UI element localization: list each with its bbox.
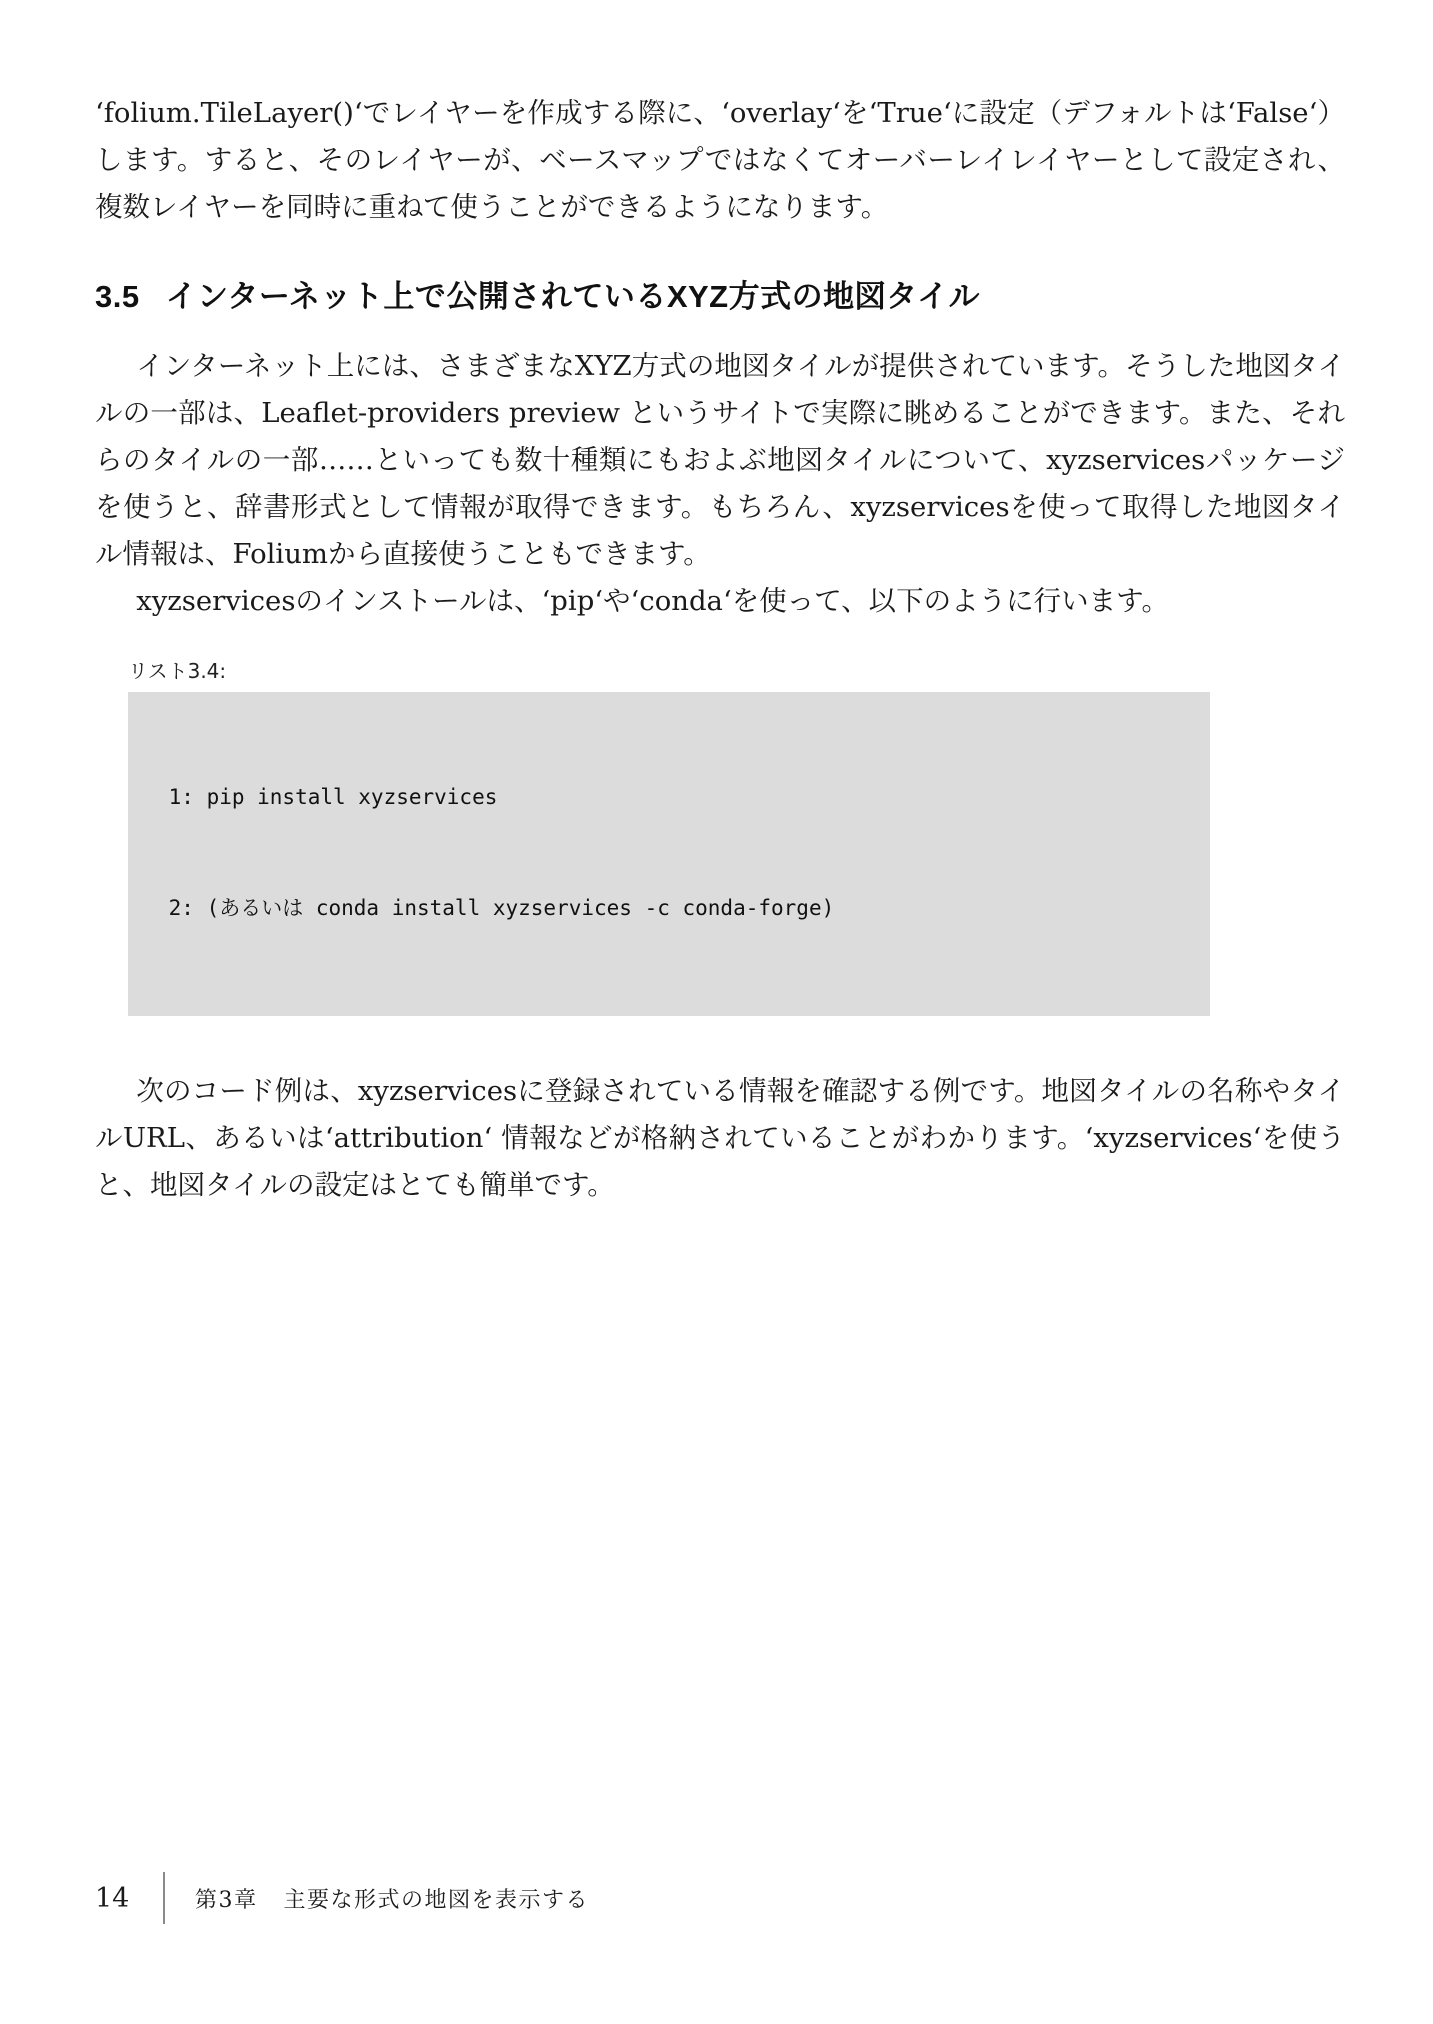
section-heading: 3.5インターネット上で公開されているXYZ方式の地図タイル [95, 277, 1345, 317]
code-listing: 1: pip install xyzservices 2: (あるいは cond… [128, 692, 1210, 1016]
footer-divider [163, 1872, 165, 1924]
paragraph-overlay-explanation: ‘folium.TileLayer()‘でレイヤーを作成する際に、‘overla… [95, 90, 1345, 231]
section-number: 3.5 [95, 279, 140, 314]
section-title: インターネット上で公開されているXYZ方式の地図タイル [166, 279, 980, 314]
paragraph-xyz-tiles: インターネット上には、さまざまなXYZ方式の地図タイルが提供されています。そうし… [95, 343, 1345, 578]
paragraph-code-example-intro: 次のコード例は、xyzservicesに登録されている情報を確認する例です。地図… [95, 1068, 1345, 1209]
chapter-label: 第3章 [195, 1888, 258, 1913]
page-content: ‘folium.TileLayer()‘でレイヤーを作成する際に、‘overla… [95, 90, 1345, 1209]
paragraph-install-intro: xyzservicesのインストールは、‘pip‘や‘conda‘を使って、以下… [95, 578, 1345, 625]
book-page: ‘folium.TileLayer()‘でレイヤーを作成する際に、‘overla… [0, 0, 1433, 2024]
code-line-1: 1: pip install xyzservices [156, 779, 1200, 816]
page-number: 14 [95, 1883, 139, 1914]
chapter-title: 主要な形式の地図を表示する [284, 1888, 590, 1913]
chapter-info: 第3章主要な形式の地図を表示する [195, 1883, 589, 1914]
page-footer: 14 第3章主要な形式の地図を表示する [95, 1872, 589, 1924]
listing-label: リスト3.4: [128, 659, 1345, 683]
code-line-2: 2: (あるいは conda install xyzservices -c co… [156, 890, 1200, 927]
